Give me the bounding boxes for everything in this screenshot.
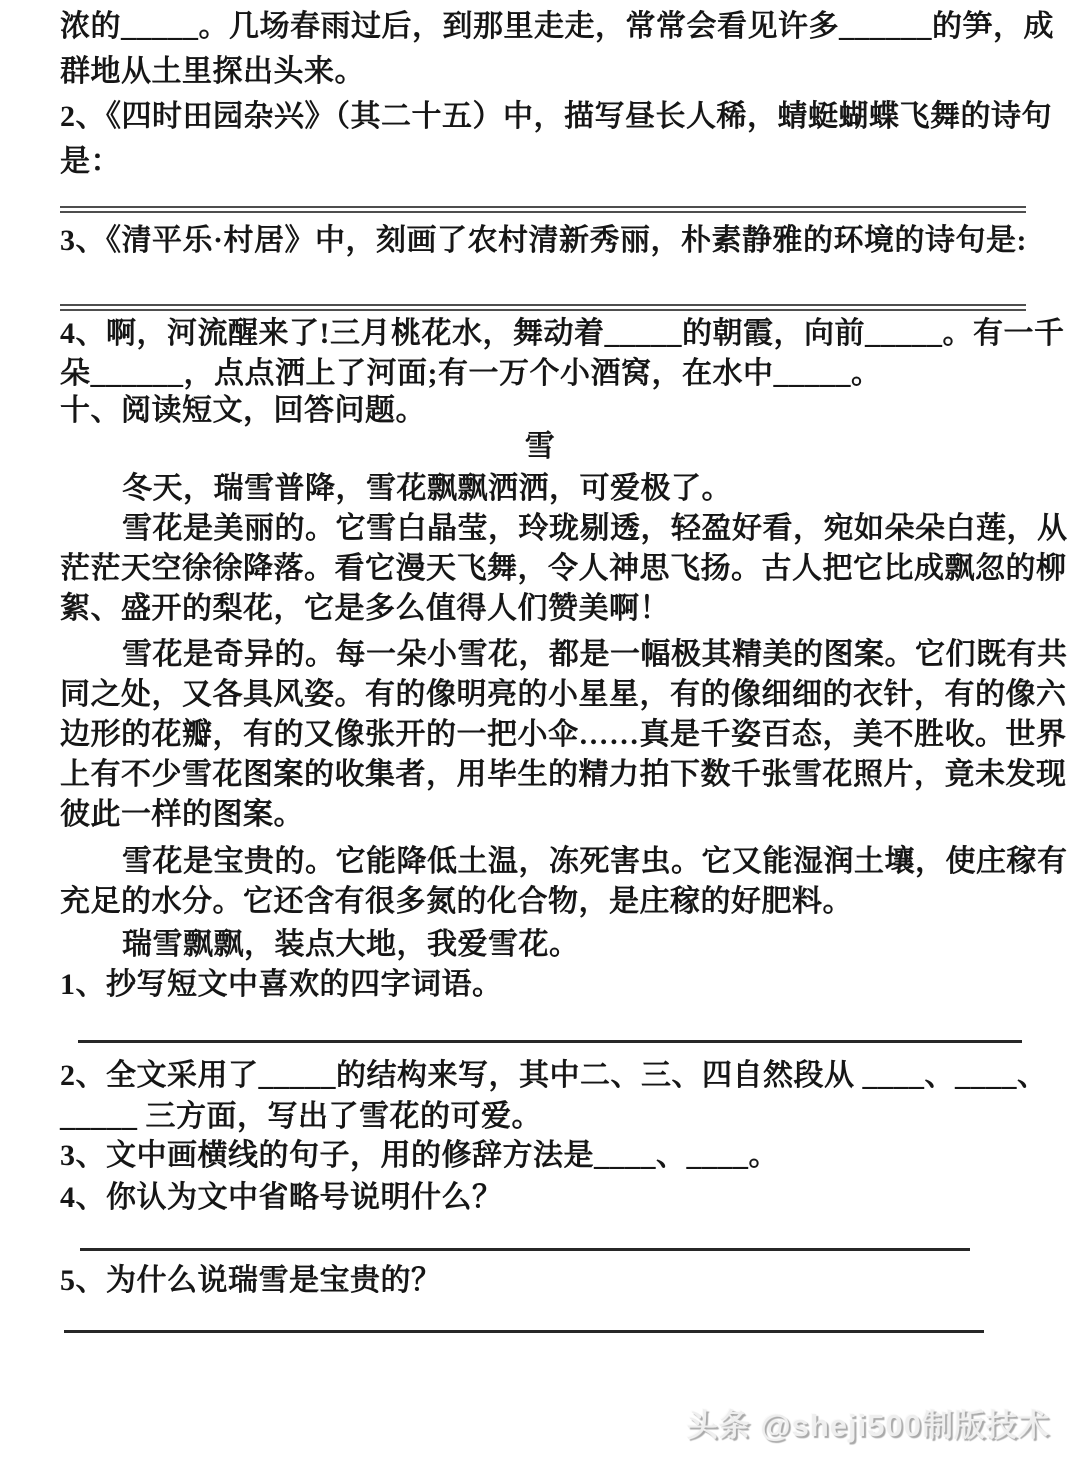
fill-q1-line-2: 群地从土里探出头来。 [60, 53, 1050, 91]
reading-question-5: 5、为什么说瑞雪是宝贵的？ [60, 1262, 1050, 1300]
answer-line-single [64, 1330, 984, 1333]
reading-question-3: 3、文中画横线的句子，用的修辞方法是____、____。 [60, 1137, 1050, 1175]
passage-p2-line-2: 茫茫天空徐徐降落。看它漫天飞舞，令人神思飞扬。古人把它比成飘忽的柳 [60, 550, 1050, 588]
passage-p2-line-1: 雪花是美丽的。它雪白晶莹，玲珑剔透，轻盈好看，宛如朵朵白莲，从 [60, 510, 1080, 548]
fill-q2-line-1: 2、《四时田园杂兴》（其二十五）中，描写昼长人稀，蜻蜓蝴蝶飞舞的诗句 [60, 98, 1050, 136]
passage-p4-line-2: 充足的水分。它还含有很多氮的化合物，是庄稼的好肥料。 [60, 883, 1050, 921]
passage-p3-line-5: 彼此一样的图案。 [60, 796, 1050, 834]
passage-p1-line-1: 冬天，瑞雪普降，雪花飘飘洒洒，可爱极了。 [60, 470, 1080, 508]
passage-p3-line-3: 边形的花瓣，有的又像张开的一把小伞……真是千姿百态，美不胜收。世界 [60, 716, 1050, 754]
reading-question-2-line-2: _____ 三方面，写出了雪花的可爱。 [60, 1098, 1050, 1136]
passage-p5-line-1: 瑞雪飘飘，装点大地，我爱雪花。 [60, 926, 1080, 964]
passage-p3-line-4: 上有不少雪花图案的收集者，用毕生的精力拍下数千张雪花照片，竟未发现 [60, 756, 1050, 794]
passage-p4-line-1: 雪花是宝贵的。它能降低土温，冻死害虫。它又能湿润土壤，使庄稼有 [60, 843, 1080, 881]
section-heading: 十、阅读短文，回答问题。 [60, 392, 1050, 430]
passage-p2-line-3: 絮、盛开的梨花，它是多么值得人们赞美啊！ [60, 590, 1050, 628]
answer-line-double [60, 206, 1026, 213]
answer-line-single [78, 1040, 1022, 1043]
fill-q4-line-2: 朵______，点点洒上了河面;有一万个小酒窝，在水中_____。 [60, 355, 1050, 393]
reading-question-1: 1、抄写短文中喜欢的四字词语。 [60, 966, 1050, 1004]
fill-q3-line: 3、《清平乐·村居》中，刻画了农村清新秀丽，朴素静雅的环境的诗句是: [60, 222, 1050, 260]
passage-p3-line-2: 同之处，又各具风姿。有的像明亮的小星星，有的像细细的衣针，有的像六 [60, 676, 1050, 714]
reading-question-4: 4、你认为文中省略号说明什么？ [60, 1179, 1050, 1217]
fill-q2-line-2: 是： [60, 143, 1050, 181]
watermark: 头条 @sheji500制版技术 [687, 1400, 1050, 1445]
answer-line-single [80, 1248, 970, 1251]
passage-p3-line-1: 雪花是奇异的。每一朵小雪花，都是一幅极其精美的图案。它们既有共 [60, 636, 1080, 674]
reading-question-2-line-1: 2、全文采用了_____的结构来写，其中二、三、四自然段从 ____、____、 [60, 1057, 1050, 1095]
passage-title: 雪 [0, 428, 1080, 466]
fill-q4-line-1: 4、啊，河流醒来了!三月桃花水，舞动着_____的朝霞，向前_____。有一千 [60, 315, 1050, 353]
answer-line-double [60, 304, 1026, 311]
fill-q1-line-1: 浓的_____。几场春雨过后，到那里走走，常常会看见许多______的笋，成 [60, 8, 1050, 46]
worksheet-page: 浓的_____。几场春雨过后，到那里走走，常常会看见许多______的笋，成 群… [0, 0, 1080, 1464]
